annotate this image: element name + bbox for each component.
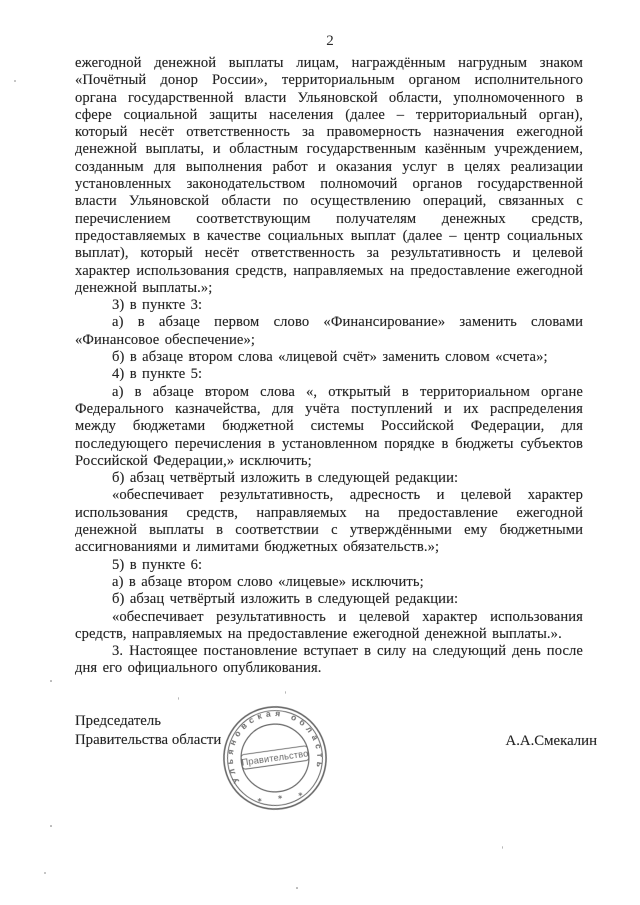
scan-speck [14,80,16,82]
signer-position: Председатель Правительства области [75,712,221,749]
stamp-ring-text-holder: Ульяновская область [218,702,328,786]
scan-speck [50,680,52,682]
paragraph: 3. Настоящее постановление вступает в си… [75,643,583,678]
scan-speck [296,887,298,889]
paragraph: б) абзац четвёртый изложить в следующей … [75,591,583,608]
scan-speck [502,846,503,849]
scan-speck [178,697,179,700]
paragraph: ежегодной денежной выплаты лицам, награж… [75,55,583,297]
stamp-bottom-marks: * * * [257,790,310,806]
document-page: 2 ежегодной денежной выплаты лицам, нагр… [0,0,640,905]
signer-position-line1: Председатель [75,712,221,731]
paragraph: а) в абзаце втором слово «лицевые» исклю… [75,574,583,591]
paragraph: а) в абзаце втором слова «, открытый в т… [75,384,583,470]
scan-speck [285,691,286,694]
signer-name: А.А.Смекалин [506,732,597,751]
scan-speck [50,825,52,827]
paragraph: 5) в пункте 6: [75,557,583,574]
stamp-ring-text: Ульяновская область [218,702,328,786]
document-body: ежегодной денежной выплаты лицам, награж… [75,55,583,678]
paragraph: «обеспечивает результативность, адреснос… [75,487,583,556]
paragraph: «обеспечивает результативность и целевой… [75,609,583,644]
paragraph: б) абзац четвёртый изложить в следующей … [75,470,583,487]
paragraph: б) в абзаце втором слова «лицевой счёт» … [75,349,583,366]
paragraph: 3) в пункте 3: [75,297,583,314]
round-seal-stamp: Ульяновская область Правительство * * * [213,695,338,821]
paragraph: 4) в пункте 5: [75,366,583,383]
signer-position-line2: Правительства области [75,731,221,750]
scan-speck [352,59,354,60]
paragraph: а) в абзаце первом слово «Финансирование… [75,314,583,349]
page-number: 2 [0,33,640,50]
scan-speck [44,872,46,874]
